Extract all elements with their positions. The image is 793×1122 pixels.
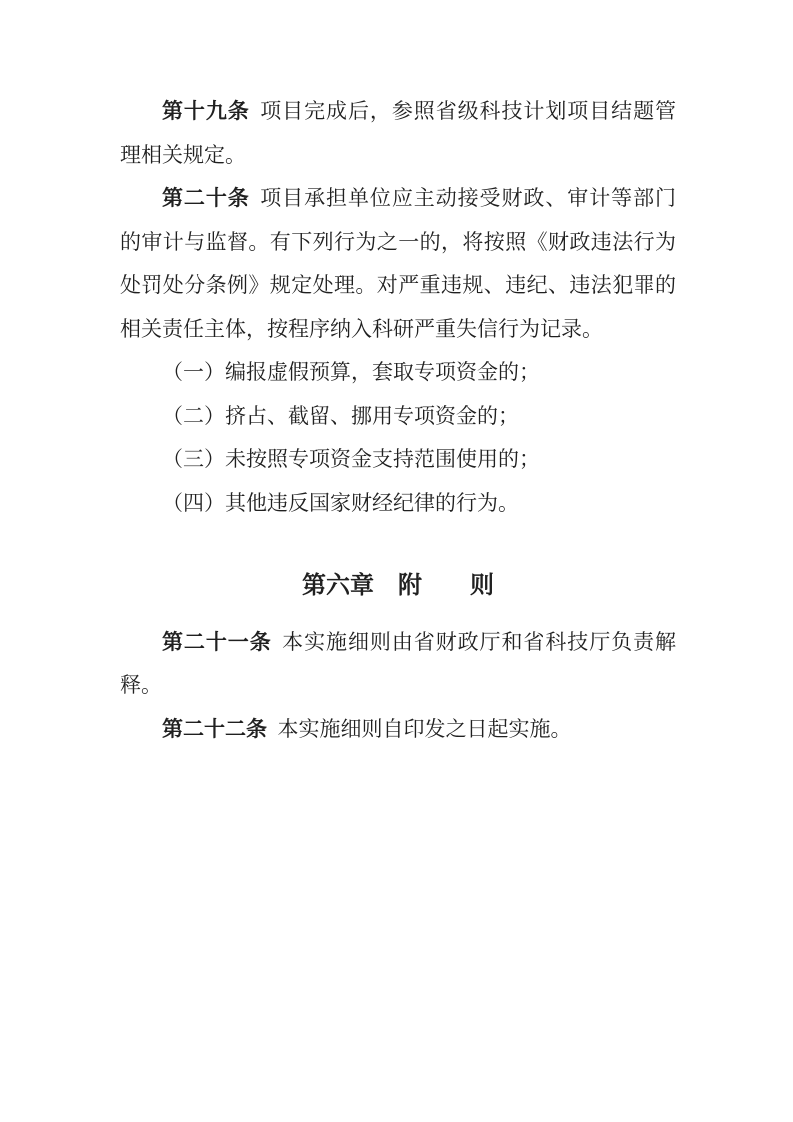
article-number: 第十九条: [162, 99, 250, 123]
document-page: 第十九条项目完成后，参照省级科技计划项目结题管理相关规定。 第二十条项目承担单位…: [0, 0, 793, 1122]
article-number: 第二十二条: [162, 717, 267, 741]
article-paragraph-21: 第二十一条本实施细则由省财政厅和省科技厅负责解释。: [120, 621, 676, 708]
article-number: 第二十条: [162, 186, 250, 210]
article-paragraph-20: 第二十条项目承担单位应主动接受财政、审计等部门的审计与监督。有下列行为之一的，将…: [120, 177, 676, 351]
article-number: 第二十一条: [162, 630, 272, 654]
list-item-3: （三）未按照专项资金支持范围使用的；: [120, 438, 676, 482]
list-item-2: （二）挤占、截留、挪用专项资金的；: [120, 395, 676, 439]
article-text: 本实施细则自印发之日起实施。: [278, 717, 572, 741]
article-paragraph-19: 第十九条项目完成后，参照省级科技计划项目结题管理相关规定。: [120, 90, 676, 177]
list-item-4: （四）其他违反国家财经纪律的行为。: [120, 482, 676, 526]
chapter-heading: 第六章 附 则: [120, 565, 676, 609]
list-item-1: （一）编报虚假预算，套取专项资金的；: [120, 351, 676, 395]
article-paragraph-22: 第二十二条本实施细则自印发之日起实施。: [120, 708, 676, 752]
